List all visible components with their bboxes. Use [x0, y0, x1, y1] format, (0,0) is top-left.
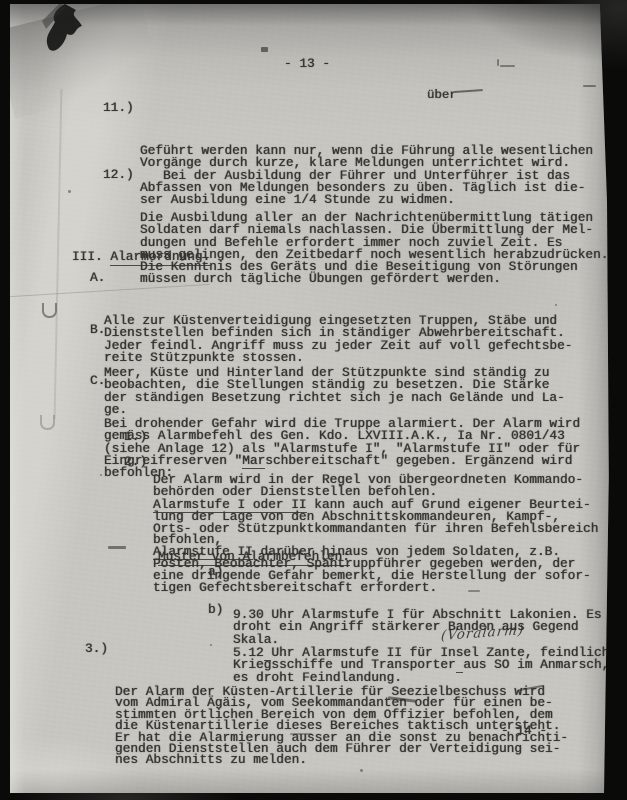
- crease-line: [54, 89, 62, 419]
- scan-speck: [497, 59, 499, 66]
- scan-speck: [530, 434, 532, 436]
- page-number-bottom: - 14 -: [501, 723, 547, 738]
- scan-speck: [583, 85, 596, 87]
- scan-speck: [100, 474, 102, 476]
- item-marker: 2.): [124, 454, 147, 469]
- scan-speck: [290, 733, 312, 735]
- scan-speck: [130, 384, 132, 386]
- section-title: Alarmordnung.: [110, 249, 210, 266]
- scanned-document: - 13 - über 11.) Geführt werden kann nur…: [0, 0, 627, 800]
- scan-speck: [261, 47, 268, 52]
- page-number-top: - 13 -: [284, 56, 330, 71]
- torn-corner-shape: [40, 1, 98, 59]
- scan-speck: [360, 769, 363, 772]
- scan-speck: [310, 254, 312, 256]
- section-heading: III. Alarmordnung.: [72, 249, 210, 264]
- item-marker: C.: [90, 373, 105, 388]
- item-marker: 1.): [124, 429, 147, 444]
- item-marker: 12.): [103, 167, 134, 182]
- scan-speck: [555, 304, 557, 306]
- scan-speck: [160, 694, 162, 696]
- paper-page: - 13 - über 11.) Geführt werden kann nur…: [10, 4, 610, 793]
- scan-speck: [500, 65, 515, 67]
- insertion-stroke: [455, 89, 483, 93]
- muster-heading: Muster von Alarmbefehlen:: [158, 549, 350, 564]
- item-marker: B.: [90, 322, 105, 337]
- item-marker: b): [208, 602, 223, 617]
- section-numeral: III.: [72, 249, 103, 264]
- text-line: nes Abschnitts zu melden.: [115, 754, 568, 765]
- list-item-3: 3.) Der Alarm der Küsten-Artillerie für …: [115, 641, 568, 796]
- scan-speck: [490, 179, 492, 181]
- item-marker: a): [208, 564, 223, 579]
- scan-speck: [68, 190, 71, 193]
- item-marker: 3.): [85, 641, 108, 656]
- scan-speck: [210, 644, 212, 646]
- scan-speck: [468, 590, 480, 592]
- item-marker: A.: [90, 270, 105, 285]
- item-marker: 11.): [103, 100, 134, 115]
- margin-dash: [108, 546, 126, 549]
- scan-speck: [570, 524, 572, 526]
